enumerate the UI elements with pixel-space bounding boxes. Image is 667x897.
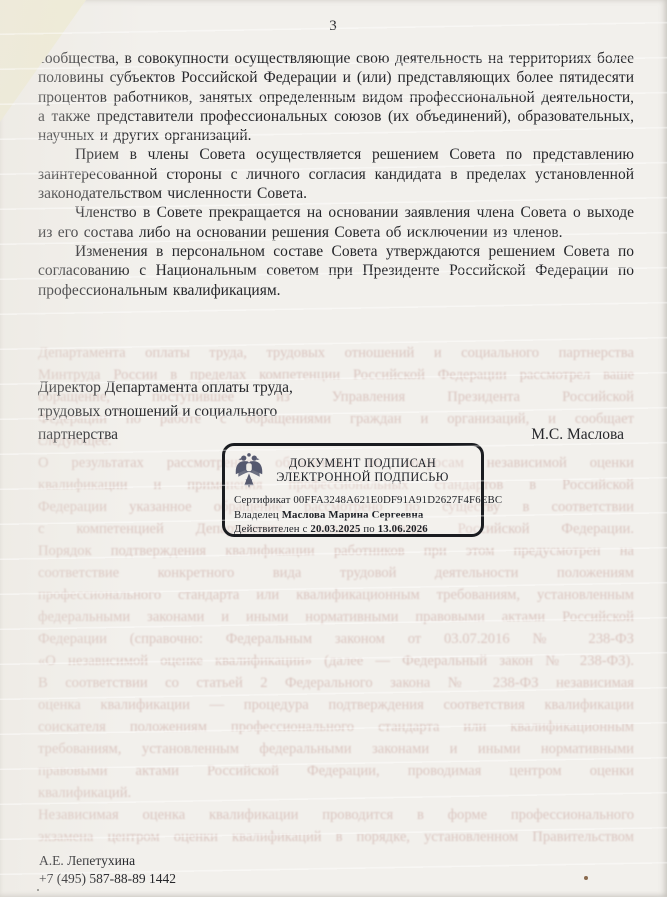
stamp-details: Сертификат 00FFA3248A621E0DF91A91D2627F4… xyxy=(225,490,481,537)
owner-line: Владелец Маслова Марина Сергеевна xyxy=(234,508,475,523)
bleed-through-line: Независимая оценка квалификации проводит… xyxy=(38,807,634,829)
signature-block: Директор Департамента оплаты труда, труд… xyxy=(38,376,634,447)
executor-contact: А.Е. Лепетухина +7 (495) 587-88-89 1442 xyxy=(39,852,176,887)
bleed-through-line: Департамента оплаты труда, трудовых отно… xyxy=(38,345,634,367)
bleed-through-line: соответствие конкретного вида трудовой д… xyxy=(38,565,634,587)
bleed-through-line: соискателя положениям профессионального … xyxy=(38,719,634,741)
signer-title-line: партнерства xyxy=(38,423,118,447)
bleed-through-line: оценка квалификации — процедура подтверж… xyxy=(38,697,634,719)
coat-of-arms-eagle-icon xyxy=(232,451,266,489)
signer-title-line: трудовых отношений и социального xyxy=(38,400,634,424)
certificate-line: Сертификат 00FFA3248A621E0DF91A91D2627F4… xyxy=(234,493,475,508)
bleed-through-line: «О независимой оценке квалификации» (дал… xyxy=(38,653,634,675)
bleed-through-line: правовыми актами Российской Федерации, п… xyxy=(38,763,634,785)
scan-speck xyxy=(584,876,588,880)
bleed-through-line: Федерации (справочно: Федеральным законо… xyxy=(38,631,634,653)
bleed-through-line: федеральными законами и иными нормативны… xyxy=(38,609,634,631)
bleed-through-line: квалификаций. xyxy=(38,785,634,807)
bleed-through-line: В соответствии со статьей 2 Федерального… xyxy=(38,675,634,697)
paragraph: сообщества, в совокупности осуществляющи… xyxy=(38,49,634,145)
executor-phone: +7 (495) 587-88-89 1442 xyxy=(39,870,176,888)
document-body: сообщества, в совокупности осуществляющи… xyxy=(38,49,634,300)
electronic-signature-stamp: ДОКУМЕНТ ПОДПИСАН ЭЛЕКТРОННОЙ ПОДПИСЬЮ С… xyxy=(222,443,484,537)
signer-title-line: Директор Департамента оплаты труда, xyxy=(38,376,634,400)
bleed-through-line: Порядок подтверждения квалификации работ… xyxy=(38,543,634,565)
stamp-title: ДОКУМЕНТ ПОДПИСАН ЭЛЕКТРОННОЙ ПОДПИСЬЮ xyxy=(266,456,473,485)
paragraph: Прием в члены Совета осуществляется реше… xyxy=(38,145,634,203)
paragraph: Членство в Совете прекращается на основа… xyxy=(38,203,634,242)
scanned-document-page: 3 Департамента оплаты труда, трудовых от… xyxy=(0,0,667,897)
validity-line: Действителен с 20.03.2025 по 13.06.2026 xyxy=(234,522,475,537)
paragraph: Изменения в персональном составе Совета … xyxy=(38,242,634,300)
executor-name: А.Е. Лепетухина xyxy=(39,852,176,870)
scan-speck xyxy=(37,889,39,891)
bleed-through-line: профессионального стандарта или квалифик… xyxy=(38,587,634,609)
bleed-through-line: требованиям, установленным федеральными … xyxy=(38,741,634,763)
page-number: 3 xyxy=(0,18,667,35)
bleed-through-line: экзамена центром оценки квалификаций в п… xyxy=(38,829,634,851)
signer-name: М.С. Маслова xyxy=(531,423,624,447)
